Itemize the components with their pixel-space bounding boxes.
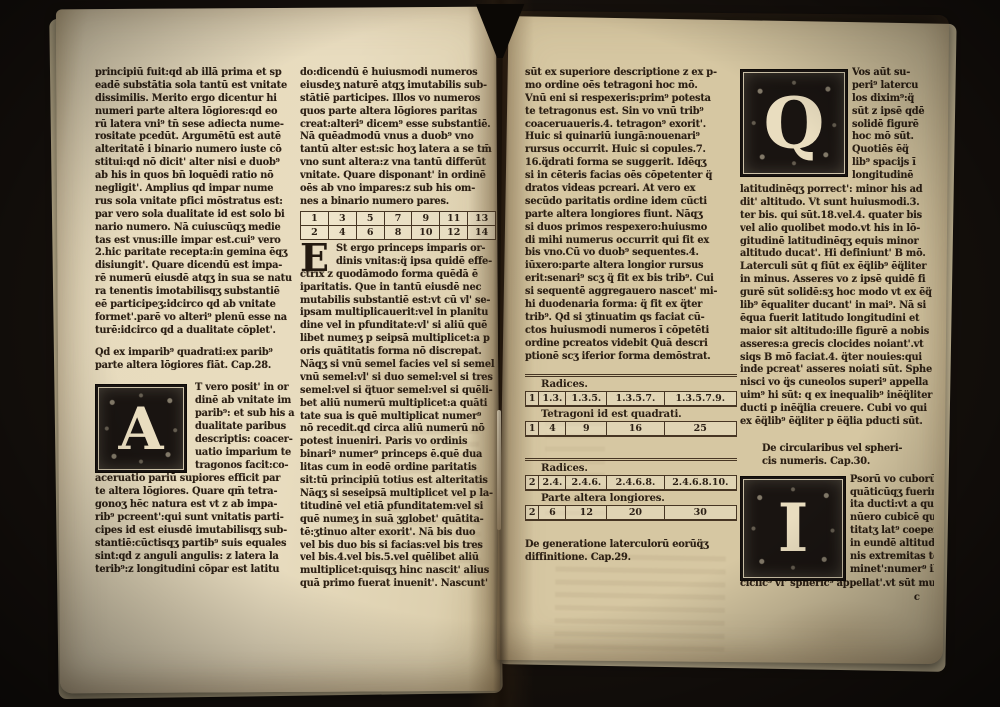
text-line: si duos primos respexero:huiusmo — [525, 222, 737, 235]
text-block: aceruatio pariū supiores efficit parte a… — [95, 473, 297, 576]
text-line: ēqua fuerit latitudo longitudini et — [740, 313, 934, 326]
text-line: Nā quēadmodū vnus a duob⁹ vno — [300, 131, 496, 144]
text-block: Psorū vo cuborūquāticūqʒ fuerintita duct… — [850, 474, 934, 577]
tetragoni-row: 1491625 — [525, 421, 737, 436]
table-cell: 1.3.5. — [565, 392, 606, 405]
text-line: solidē figurē — [852, 119, 934, 132]
text-line: stitui:qd nō dicit' alter nisi e duob⁹ — [95, 157, 297, 170]
text-line: ipsam multiplicauerit:vel in planitu — [300, 307, 496, 320]
text-line: latitudinēqʒ porrect': minor his ad — [740, 184, 934, 197]
text-line: in minus. Asseres vo z ipsē quidē fi — [740, 274, 934, 287]
text-line: Nāqʒ si vnū semel facies vel si semel — [300, 359, 496, 372]
radices-longiores-table: Radices. 22.4.2.4.6.2.4.6.8.2.4.6.8.10. … — [525, 458, 737, 521]
text-line: mutabilis substantiē est:vt cū vl' se- — [300, 295, 496, 308]
text-line: iparitatis. Que in tantū eiusdē nec — [300, 282, 496, 295]
text-line: numeri parte altera lōgiores:qd eo — [95, 106, 297, 119]
table-cell: 3 — [328, 212, 356, 225]
table-cell: 9 — [411, 212, 439, 225]
right-page-column-1: sūt ex superiore descriptione z ex p-mo … — [525, 67, 737, 565]
text-block: Vos aūt su-peri⁹ laterculos dixim⁹:q̈sūt… — [852, 67, 934, 183]
text-line: coaceruaueris.4. tetragon⁹ exorit'. — [525, 119, 737, 132]
table-cell: 8 — [384, 226, 412, 239]
text-line: vnitate. Quare disponant' in ordinē — [300, 170, 496, 183]
binding-thread — [497, 410, 501, 530]
text-line: 2.hic paritate recepta:in gemina ēqʒ — [95, 247, 297, 260]
table-cell: 1 — [526, 392, 538, 405]
text-block: T vero posit' in ordinē ab vnitate impar… — [195, 382, 297, 472]
text-line: turē:idcirco qd a dualitate cōplet'. — [95, 325, 297, 338]
text-block: sūt ex superiore descriptione z ex p-mo … — [525, 67, 737, 363]
text-line: tas est vnus:ille impar est.cui⁹ vero — [95, 235, 297, 248]
text-line: Quotiēs ēq̈ — [852, 144, 934, 157]
text-line: Vos aūt su- — [852, 67, 934, 80]
table-cell: 1 — [301, 212, 328, 225]
text-line: titatʒ lat⁹ coeperit — [850, 525, 934, 538]
table-cell: 13 — [467, 212, 495, 225]
text-line: trib⁹. Qd si ʒtinuatim qs faciat cū- — [525, 312, 737, 325]
woodcut-initial-Q: Q — [740, 69, 848, 177]
text-line: Laterculi sūt q fiūt ex ēq̈lib⁹ ēq̈liter — [740, 261, 934, 274]
text-line: formet'.parē vo alteri⁹ plenū esse na — [95, 312, 297, 325]
table-cell: 12 — [565, 506, 606, 519]
table-cell: 2.4.6.8.10. — [664, 476, 736, 489]
odd-even-table: 135791113 2468101214 — [300, 211, 496, 240]
table-cell: 2 — [526, 476, 538, 489]
text-line: los dixim⁹:q̈ — [852, 93, 934, 106]
text-line: negligit'. Amplius qd impar nume — [95, 183, 297, 196]
table-title-longiores: Parte altera longiores. — [525, 490, 737, 505]
text-line: descriptis: coacer- — [195, 434, 297, 447]
table-cell: 1 — [526, 422, 538, 435]
text-block: St ergo princeps imparis or-dinis vnitas… — [336, 243, 496, 269]
text-line: uim⁹ hi sūt: q ex inequalib⁹ inēq̈liter — [740, 390, 934, 403]
text-line: si sequentē aggregauero nascet' mi- — [525, 286, 737, 299]
text-block: latitudinēqʒ porrect': minor his addit' … — [740, 184, 934, 429]
text-line: iūxero:parte altera longior rursus — [525, 260, 737, 273]
table-title-tetragoni: Tetragoni id est quadrati. — [525, 406, 737, 421]
text-line: quāticūqʒ fuerint — [850, 487, 934, 500]
text-line: ctos huiusmodi numeros ī cōpetēti — [525, 325, 737, 338]
table-cell: 2 — [526, 506, 538, 519]
text-line: eiusdeʒ naturē atqʒ imutabilis sub- — [300, 80, 496, 93]
text-line: stantiē:cūctisqʒ partib⁹ suis equales — [95, 538, 297, 551]
text-line: quē numeʒ in suā ʒglobet' quātita- — [300, 514, 496, 527]
table-title-radices-2: Radices. — [525, 458, 737, 475]
text-line: rus sola vnitate pfici mōstratus est: — [95, 196, 297, 209]
text-line: te tetragonus est. Sin vo vnū trib⁹ — [525, 106, 737, 119]
text-line: cipes id est eiusdē imutabilisqʒ sub- — [95, 525, 297, 538]
heading-line: parte altera lōgiores fiāt. Cap.28. — [95, 360, 297, 373]
radices-row: 11.3.1.3.5.1.3.5.7.1.3.5.7.9. — [525, 391, 737, 406]
text-line: asseres:a grecis clocides noiant'.vt — [740, 339, 934, 352]
text-line: sūt z ipsē qdē — [852, 106, 934, 119]
text-line: longitudinē — [852, 170, 934, 183]
text-line: parte altera longiores fiunt. Nāqʒ — [525, 209, 737, 222]
text-line: parib⁹: et sub his a — [195, 408, 297, 421]
text-line: dratos videas pcreari. At vero ex — [525, 183, 737, 196]
text-line: maior sit altitudo:ille figurē a nobis — [740, 326, 934, 339]
text-line: nes a binario numero pares. — [300, 196, 496, 209]
table-cell: 7 — [384, 212, 412, 225]
table-cell: 6 — [538, 506, 565, 519]
right-page-column-2: Q Vos aūt su-peri⁹ laterculos dixim⁹:q̈s… — [740, 67, 934, 604]
heading-line: De generatione laterculorū eorūq̈ʒ — [525, 539, 737, 552]
text-line: titudinē vel etiā pfunditatem:vel si — [300, 501, 496, 514]
text-line: par vero sola dualitate id est solo bi — [95, 209, 297, 222]
text-line: nisci vo q̈s cuneolos superi⁹ appella — [740, 377, 934, 390]
text-line: nō recedit.qd circa aliū numerū nō — [300, 423, 496, 436]
text-line: potest inueniri. Paris vo ordinis — [300, 436, 496, 449]
text-line: vnū semel:vl' si duo semel:vel si tres — [300, 372, 496, 385]
table-cell: 4 — [328, 226, 356, 239]
text-line: bet aliū numerū multiplicet:a quāti — [300, 398, 496, 411]
heading-line: De circularibus vel spheri- — [762, 443, 934, 456]
table-cell: 5 — [356, 212, 384, 225]
table-cell: 16 — [606, 422, 663, 435]
table-cell: 11 — [439, 212, 467, 225]
text-line: oris quātitatis forma nō discrepat. — [300, 346, 496, 359]
text-line: bis vno.Cū vo duob⁹ sequentes.4. — [525, 247, 737, 260]
text-block: principiū fuit:qd ab illā prima et spead… — [95, 67, 297, 338]
text-line: peri⁹ latercu — [852, 80, 934, 93]
heading-line: Qd ex imparib⁹ quadrati:ex parib⁹ — [95, 347, 297, 360]
text-line: di mihi numerus occurrit qui fit ex — [525, 235, 737, 248]
table-cell: 20 — [606, 506, 663, 519]
text-line: ducti p inēq̈lia creuere. Cubi vo qui — [740, 403, 934, 416]
text-line: dinē ab vnitate im — [195, 395, 297, 408]
text-line: rib⁹ pcreent':qui sunt vnitatis parti- — [95, 512, 297, 525]
text-line: libet numeʒ p seipsā multiplicet:a p — [300, 333, 496, 346]
text-line: lib⁹ spacijs ī — [852, 157, 934, 170]
text-line: Psorū vo cuborū — [850, 474, 934, 487]
table-cell: 6 — [356, 226, 384, 239]
text-line: do:dicendū ē huiusmodi numeros — [300, 67, 496, 80]
even-numbers-row: 2468101214 — [300, 226, 496, 240]
text-line: ra tenentis imotabilisqʒ substantiē — [95, 286, 297, 299]
text-line: T vero posit' in or — [195, 382, 297, 395]
text-line: dualitate paribus — [195, 421, 297, 434]
chapter-heading-cap29: De generatione laterculorū eorūq̈ʒdiffin… — [525, 539, 737, 565]
text-line: erit:senari⁹ scʒ q̈ fit ex bis trib⁹. Cu… — [525, 273, 737, 286]
radices-quadrati-table: Radices. 11.3.1.3.5.1.3.5.7.1.3.5.7.9. T… — [525, 374, 737, 437]
text-line: vno sunt altera:z vna tantū differūt — [300, 157, 496, 170]
text-line: siqs B mō faciat.4. q̈ter nouies:qui — [740, 352, 934, 365]
text-line: gitudinē latitudinēqʒ equis minor — [740, 236, 934, 249]
text-block: ctrix z quodāmodo forma quēdā ēiparitati… — [300, 269, 496, 591]
text-line: nūero cubicē quā — [850, 512, 934, 525]
text-line: disiungit'. Quare dicendū est impa- — [95, 260, 297, 273]
left-page-column-2: do:dicendū ē huiusmodi numeroseiusdeʒ na… — [300, 67, 496, 591]
text-line: rē numerū eiusdē atqʒ in sua se natu — [95, 273, 297, 286]
text-line: rositate pcedūt. Argumētū est autē — [95, 131, 297, 144]
text-line: sūt ex superiore descriptione z ex p- — [525, 67, 737, 80]
text-line: binari⁹ numer⁹ princeps ē.quē dua — [300, 449, 496, 462]
table-cell: 10 — [411, 226, 439, 239]
text-line: oēs ab vno impares:z sub his om- — [300, 183, 496, 196]
text-line: dinis vnitas:q̈ ipsa quidē effe- — [336, 256, 496, 269]
table-cell: 2.4.6.8. — [606, 476, 663, 489]
text-line: ptionē scʒ iferior forma demōstrat. — [525, 351, 737, 364]
heading-line: diffinitione. Cap.29. — [525, 552, 737, 565]
table-cell: 1.3.5.7. — [606, 392, 663, 405]
text-line: gurē sūt solidē:sʒ hoc modo vt ex ēq̈ — [740, 287, 934, 300]
text-line: lib⁹ ēqualiter ducant' in mai⁹. Nā si — [740, 300, 934, 313]
table-cell: 25 — [664, 422, 736, 435]
text-line: quos parte altera lōgiores paritas — [300, 106, 496, 119]
text-line: terib⁹:z longitudini cōpar est latitu — [95, 564, 297, 577]
text-line: si in cēteris facias oēs cōpetenter q̈ — [525, 170, 737, 183]
text-line: alteritatē i binario numero iuste cō — [95, 144, 297, 157]
table-cell: 9 — [565, 422, 606, 435]
text-line: minet':numer⁹ ille — [850, 564, 934, 577]
table-cell: 1.3.5.7.9. — [664, 392, 736, 405]
text-line: ex ēq̈lib⁹ ēq̈liter p ēq̈lia pducti sūt. — [740, 416, 934, 429]
text-line: dissimilis. Merito ergo dicentur hi — [95, 93, 297, 106]
text-line: rursus occurrit. Huic si copules.7. — [525, 144, 737, 157]
text-line: vel bis duo bis si facias:vel bis tres — [300, 540, 496, 553]
text-line: hi duodenaria forma: q̈ fit ex q̈ter — [525, 299, 737, 312]
text-line: Vnū eni si respexeris:prim⁹ potesta — [525, 93, 737, 106]
text-line: sit:tū principiū totius est alteritatis — [300, 475, 496, 488]
text-line: inde pcreat' asseres noiati sūt. Sphe — [740, 364, 934, 377]
table-cell: 14 — [467, 226, 495, 239]
text-line: dine vel in pfunditate:vl' si aliū quē — [300, 320, 496, 333]
text-line: eē participeʒ:idcirco qd ab vnitate — [95, 299, 297, 312]
calligraphic-initial-E: E — [300, 241, 329, 275]
text-line: uatio imparium te — [195, 447, 297, 460]
chapter-heading-cap28: Qd ex imparib⁹ quadrati:ex parib⁹parte a… — [95, 347, 297, 373]
text-line: hoc mō sūt. — [852, 131, 934, 144]
text-line: tate sua is quē multiplicat numer⁹ — [300, 411, 496, 424]
text-line: rū latera vni⁹ tn̄ sese adiecta nume- — [95, 119, 297, 132]
table-cell: 2.4.6. — [565, 476, 606, 489]
table-cell: 1.3. — [538, 392, 565, 405]
text-line: quā primo fuerat inuenit'. Nascunt' — [300, 578, 496, 591]
text-line: tragonos facit:co- — [195, 460, 297, 473]
text-line: ctrix z quodāmodo forma quēdā ē — [300, 269, 496, 282]
text-line: vel alio quolibet modo.vt his in lō- — [740, 223, 934, 236]
text-line: dit' altitudo. Vt sunt huiusmodi.3. — [740, 197, 934, 210]
text-line: aceruatio pariū supiores efficit par — [95, 473, 297, 486]
chapter-heading-cap30: De circularibus vel spheri-cis numeris. … — [740, 443, 934, 469]
heading-line: cis numeris. Cap.30. — [762, 456, 934, 469]
text-line: creat:alteri⁹ dicem⁹ esse substantiē. — [300, 119, 496, 132]
odd-numbers-row: 135791113 — [300, 211, 496, 226]
text-line: ordine pcreatos videbit Quā descri — [525, 338, 737, 351]
text-line: vel bis.4.vel bis.5.vel quēlibet aliū — [300, 552, 496, 565]
text-line: in eundē altitudi — [850, 538, 934, 551]
table-title-radices: Radices. — [525, 374, 737, 391]
text-line: nario numero. Nā cuiuscūqʒ medie — [95, 222, 297, 235]
text-line: te altera lōgiores. Quare qm̄ tetra- — [95, 486, 297, 499]
text-line: litas cum in eodē ordine paritatis — [300, 462, 496, 475]
text-line: altitudo ducat'. Hi definiunt' B mō. — [740, 248, 934, 261]
text-line: Huic si quinariū iungā:nouenari⁹ — [525, 131, 737, 144]
text-block: do:dicendū ē huiusmodi numeroseiusdeʒ na… — [300, 67, 496, 209]
text-line: stātiē participes. Illos vo numeros — [300, 93, 496, 106]
text-line: sint:qd z anguli angulis: z latera la — [95, 551, 297, 564]
table-cell: 12 — [439, 226, 467, 239]
text-line: gonoʒ hēc natura est vt z ab impa- — [95, 499, 297, 512]
text-line: eadē substātia sola tantū est vnitate — [95, 80, 297, 93]
text-line: semel:vel si q̈tuor semel:vel si quēli- — [300, 385, 496, 398]
quire-signature-mark: c — [740, 591, 934, 604]
text-line: ab his in quos bn̄ loquēdi ratio nō — [95, 170, 297, 183]
text-line: ter bis. qui sūt.18.vel.4. quater bis — [740, 210, 934, 223]
table-cell: 2.4. — [538, 476, 565, 489]
table-cell: 4 — [538, 422, 565, 435]
radices-row-2: 22.4.2.4.6.2.4.6.8.2.4.6.8.10. — [525, 475, 737, 490]
text-line: Nāqʒ si seseipsā multiplicet vel p la- — [300, 488, 496, 501]
text-line: St ergo princeps imparis or- — [336, 243, 496, 256]
text-line: tantū alter est:sic hoʒ latera a se tm̄ — [300, 144, 496, 157]
table-cell: 30 — [664, 506, 736, 519]
woodcut-initial-I: I — [740, 476, 846, 581]
text-line: ita ducti:vt a quo — [850, 499, 934, 512]
text-line: nis extremitas ter — [850, 551, 934, 564]
woodcut-initial-A: A — [95, 384, 187, 473]
text-line: principiū fuit:qd ab illā prima et sp — [95, 67, 297, 80]
text-line: mo ordine oēs tetragoni hoc mō. — [525, 80, 737, 93]
text-line: secūdo paritatis ordine idem cūcti — [525, 196, 737, 209]
text-line: multiplicet:quisqʒ hinc nascit' alius — [300, 565, 496, 578]
text-line: tē:ʒtinuo alter exorit'. Nā bis duo — [300, 527, 496, 540]
text-line: 16.q̈drati forma se suggerit. Idēqʒ — [525, 157, 737, 170]
longiores-row: 26122030 — [525, 505, 737, 520]
left-page-column-1: principiū fuit:qd ab illā prima et spead… — [95, 67, 297, 577]
